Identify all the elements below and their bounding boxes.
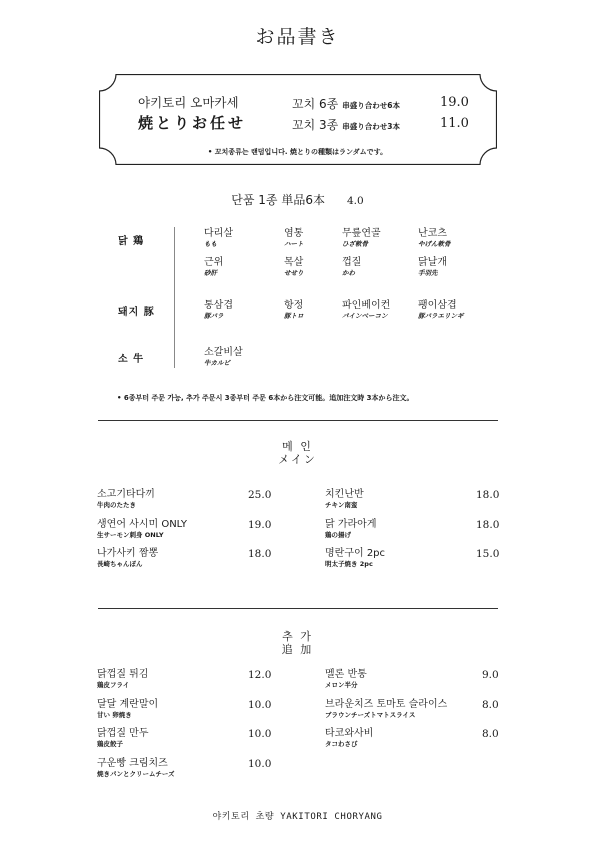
category-divider bbox=[174, 227, 175, 368]
category-chicken-label: 닭 鶏 bbox=[118, 232, 144, 247]
menu-item-price: 19.0 bbox=[248, 519, 271, 531]
menu-item-price: 15.0 bbox=[476, 548, 499, 560]
menu-item-price: 18.0 bbox=[476, 519, 499, 531]
omakase-name-jp: 焼とりお任せ bbox=[138, 112, 246, 133]
divider-line bbox=[98, 608, 498, 609]
menu-item-price: 10.0 bbox=[248, 758, 271, 770]
menu-item: 생연어 사시미 ONLY生サーモン刺身 ONLY bbox=[97, 518, 187, 540]
order-note: • 6종부터 주문 가능, 추가 주문시 3종부터 주문 6本から注文可能。追加… bbox=[117, 393, 414, 403]
restaurant-name-footer: 야키토리 초량 YAKITORI CHORYANG bbox=[0, 809, 595, 822]
page-title: お品書き bbox=[0, 22, 595, 49]
menu-item: 닭껍질 튀김鶏皮フライ bbox=[97, 668, 148, 690]
menu-item: 구운빵 크림치즈焼きパンとクリームチーズ bbox=[97, 757, 175, 779]
skewer-item: 무릎연골ひざ軟骨 bbox=[342, 228, 381, 249]
skewer-item: 통삼겹豚バラ bbox=[204, 300, 233, 321]
omakase-price-3: 11.0 bbox=[440, 116, 469, 131]
section-title-jp: メイン bbox=[0, 453, 595, 466]
skewer-item: 소갈비살牛カルビ bbox=[204, 347, 243, 368]
omakase-note: • 꼬치종류는 랜덤입니다. 焼とりの種類はランダムです。 bbox=[0, 147, 595, 157]
skewer-item: 난코츠やげん軟骨 bbox=[418, 228, 451, 249]
menu-item: 나가사키 짬뽕長崎ちゃんぽん bbox=[97, 547, 158, 569]
section-heading-extra: 추 가 追 加 bbox=[0, 630, 595, 656]
skewer-item: 닭날개手羽先 bbox=[418, 257, 447, 278]
category-pork-label: 돼지 豚 bbox=[118, 303, 155, 318]
menu-item-price: 9.0 bbox=[482, 669, 499, 681]
skewer-item: 껍질かわ bbox=[342, 257, 361, 278]
option-label: 꼬치 6종 bbox=[292, 97, 338, 111]
menu-item-price: 8.0 bbox=[482, 699, 499, 711]
omakase-option-3: 꼬치 3종串盛り合わせ3本 bbox=[292, 116, 400, 133]
menu-item-price: 8.0 bbox=[482, 728, 499, 740]
section-title-kr: 추 가 bbox=[0, 630, 595, 643]
menu-item: 닭 가라아게鶏の揚げ bbox=[325, 518, 376, 540]
skewer-item: 근위砂肝 bbox=[204, 257, 223, 278]
menu-item: 멜론 반통メロン半分 bbox=[325, 668, 367, 690]
menu-item: 소고기타다끼牛肉のたたき bbox=[97, 488, 155, 510]
skewer-item: 항정豚トロ bbox=[284, 300, 304, 321]
skewer-item: 팽이삼겹豚バラエリンギ bbox=[418, 300, 464, 321]
skewer-item: 다리살もも bbox=[204, 228, 233, 249]
single-label: 단품 1종 単品6本 bbox=[231, 193, 325, 207]
menu-item: 브라운치즈 토마토 슬라이스ブラウンチーズトマトスライス bbox=[325, 698, 447, 720]
divider-line bbox=[98, 420, 498, 421]
single-item-row: 단품 1종 単品6本4.0 bbox=[0, 191, 595, 208]
menu-item: 치킨난반チキン南蛮 bbox=[325, 488, 364, 510]
menu-item-price: 18.0 bbox=[248, 548, 271, 560]
menu-item: 달달 계란말이甘い 卵焼き bbox=[97, 698, 158, 720]
menu-item-price: 18.0 bbox=[476, 489, 499, 501]
section-title-kr: 메 인 bbox=[0, 440, 595, 453]
menu-item-price: 10.0 bbox=[248, 728, 271, 740]
category-beef-label: 소 牛 bbox=[118, 350, 144, 365]
menu-item-price: 25.0 bbox=[248, 489, 271, 501]
menu-item-price: 10.0 bbox=[248, 699, 271, 711]
section-title-jp: 追 加 bbox=[0, 643, 595, 656]
section-heading-main: 메 인 メイン bbox=[0, 440, 595, 466]
omakase-option-6: 꼬치 6종串盛り合わせ6本 bbox=[292, 95, 400, 112]
omakase-price-6: 19.0 bbox=[440, 95, 469, 110]
skewer-item: 파인베이컨パインベーコン bbox=[342, 300, 390, 321]
skewer-item: 염통ハート bbox=[284, 228, 304, 249]
single-price: 4.0 bbox=[347, 195, 364, 207]
menu-item: 닭껍질 만두鶏皮餃子 bbox=[97, 727, 148, 749]
option-label: 꼬치 3종 bbox=[292, 118, 338, 132]
skewer-item: 목살せせり bbox=[284, 257, 304, 278]
menu-item: 명란구이 2pc明太子焼き 2pc bbox=[325, 547, 385, 569]
option-sub: 串盛り合わせ3本 bbox=[342, 122, 400, 131]
option-sub: 串盛り合わせ6本 bbox=[342, 101, 400, 110]
menu-item-price: 12.0 bbox=[248, 669, 271, 681]
omakase-name-kr: 야키토리 오마카세 bbox=[138, 93, 239, 111]
menu-item: 타코와사비タコわさび bbox=[325, 727, 373, 749]
